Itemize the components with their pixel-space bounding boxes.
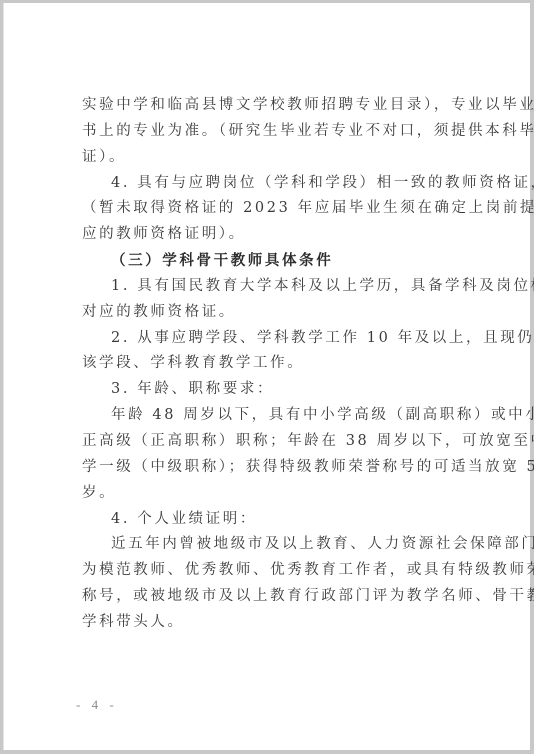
list-item-1-education: 1. 具有国民教育大学本科及以上学历，具备学科及岗位相	[82, 274, 472, 300]
text-line: 年龄 48 周岁以下，具有中小学高级（副高职称）或中小学	[82, 403, 472, 429]
text-line: 学一级（中级职称）；获得特级教师荣誉称号的可适当放宽 5 周	[82, 455, 472, 481]
body-text: 实验中学和临高县博文学校教师招聘专业目录），专业以毕业证 书上的专业为准。（研究…	[82, 93, 472, 636]
list-item-4-teacher-certificate: 4. 具有与应聘岗位（学科和学段）相一致的教师资格证，	[82, 171, 472, 197]
text-line: 近五年内曾被地级市及以上教育、人力资源社会保障部门评	[82, 532, 472, 558]
text-line: 称号，或被地级市及以上教育行政部门评为教学名师、骨干教师、	[82, 584, 472, 610]
text-line: 岁。	[82, 481, 472, 507]
section-heading-backbone-teacher: （三）学科骨干教师具体条件	[82, 248, 472, 274]
list-item-2-experience: 2. 从事应聘学段、学科教学工作 10 年及以上，且现仍从事	[82, 326, 472, 352]
text-line: 实验中学和临高县博文学校教师招聘专业目录），专业以毕业证	[82, 93, 472, 119]
page-number: - 4 -	[76, 697, 118, 713]
text-line: 书上的专业为准。（研究生毕业若专业不对口，须提供本科毕业	[82, 119, 472, 145]
document-page: 实验中学和临高县博文学校教师招聘专业目录），专业以毕业证 书上的专业为准。（研究…	[3, 3, 530, 750]
text-line: 证）。	[82, 145, 472, 171]
text-line: 对应的教师资格证。	[82, 300, 472, 326]
text-line: 学科带头人。	[82, 610, 472, 636]
text-line: 应的教师资格证明）。	[82, 222, 472, 248]
list-item-4-performance: 4. 个人业绩证明：	[82, 507, 472, 533]
text-line: 正高级（正高职称）职称；年龄在 38 周岁以下，可放宽至中小	[82, 429, 472, 455]
list-item-3-age-title: 3. 年龄、职称要求：	[82, 377, 472, 403]
text-line: （暂未取得资格证的 2023 年应届毕业生须在确定上岗前提供相	[82, 196, 472, 222]
text-line: 为模范教师、优秀教师、优秀教育工作者，或具有特级教师荣誉	[82, 558, 472, 584]
text-line: 该学段、学科教育教学工作。	[82, 351, 472, 377]
